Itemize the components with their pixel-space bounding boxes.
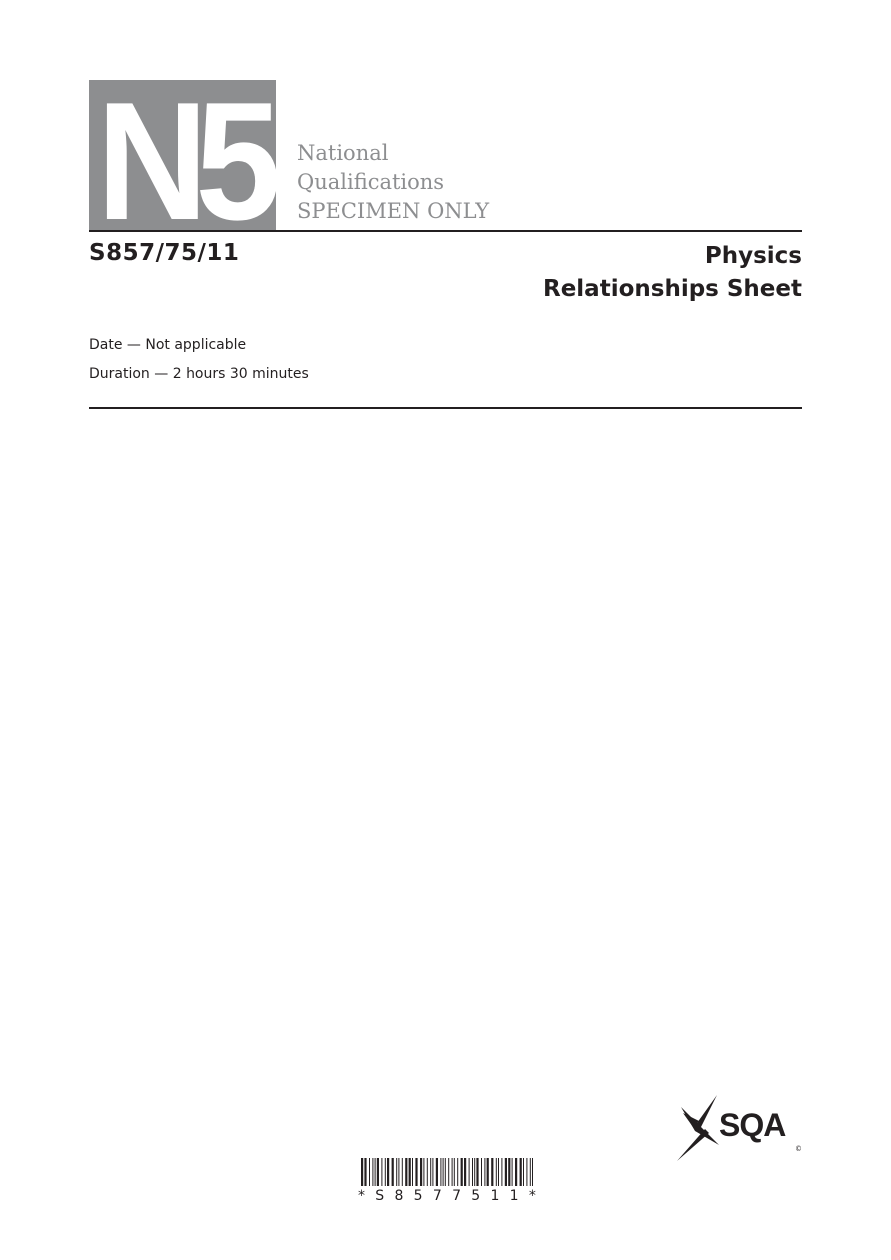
header-divider — [89, 230, 802, 232]
barcode-char: 1 — [490, 1188, 499, 1204]
paper-code: S857/75/11 — [89, 240, 239, 266]
barcode-char: 5 — [414, 1188, 423, 1204]
exam-date: Date — Not applicable — [89, 331, 309, 360]
qualification-line-1: National — [297, 139, 489, 168]
exam-duration: Duration — 2 hours 30 minutes — [89, 360, 309, 389]
document-title: Relationships Sheet — [543, 273, 802, 306]
meta-divider — [89, 407, 802, 409]
sqa-logo-text: SQA — [719, 1107, 785, 1144]
barcode-label: * S 8 5 7 7 5 1 1 * — [358, 1188, 536, 1204]
barcode-char: S — [375, 1188, 384, 1204]
barcode — [361, 1158, 533, 1186]
exam-meta: Date — Not applicable Duration — 2 hours… — [89, 331, 309, 389]
barcode-char: 7 — [452, 1188, 461, 1204]
barcode-char: * — [529, 1188, 536, 1204]
paper-title-block: Physics Relationships Sheet — [543, 240, 802, 306]
copyright-mark: © — [795, 1145, 802, 1153]
n5-level-badge: N5 — [89, 80, 276, 230]
barcode-char: * — [358, 1188, 365, 1204]
sqa-logo: SQA © — [675, 1093, 805, 1165]
qualification-line-3: SPECIMEN ONLY — [297, 197, 489, 226]
barcode-char: 8 — [394, 1188, 403, 1204]
barcode-char: 7 — [433, 1188, 442, 1204]
barcode-char: 1 — [510, 1188, 519, 1204]
subject-title: Physics — [543, 240, 802, 273]
barcode-char: 5 — [471, 1188, 480, 1204]
qualification-line-2: Qualifications — [297, 168, 489, 197]
n5-badge-text: N5 — [96, 86, 268, 230]
qualification-label: National Qualifications SPECIMEN ONLY — [297, 139, 489, 226]
